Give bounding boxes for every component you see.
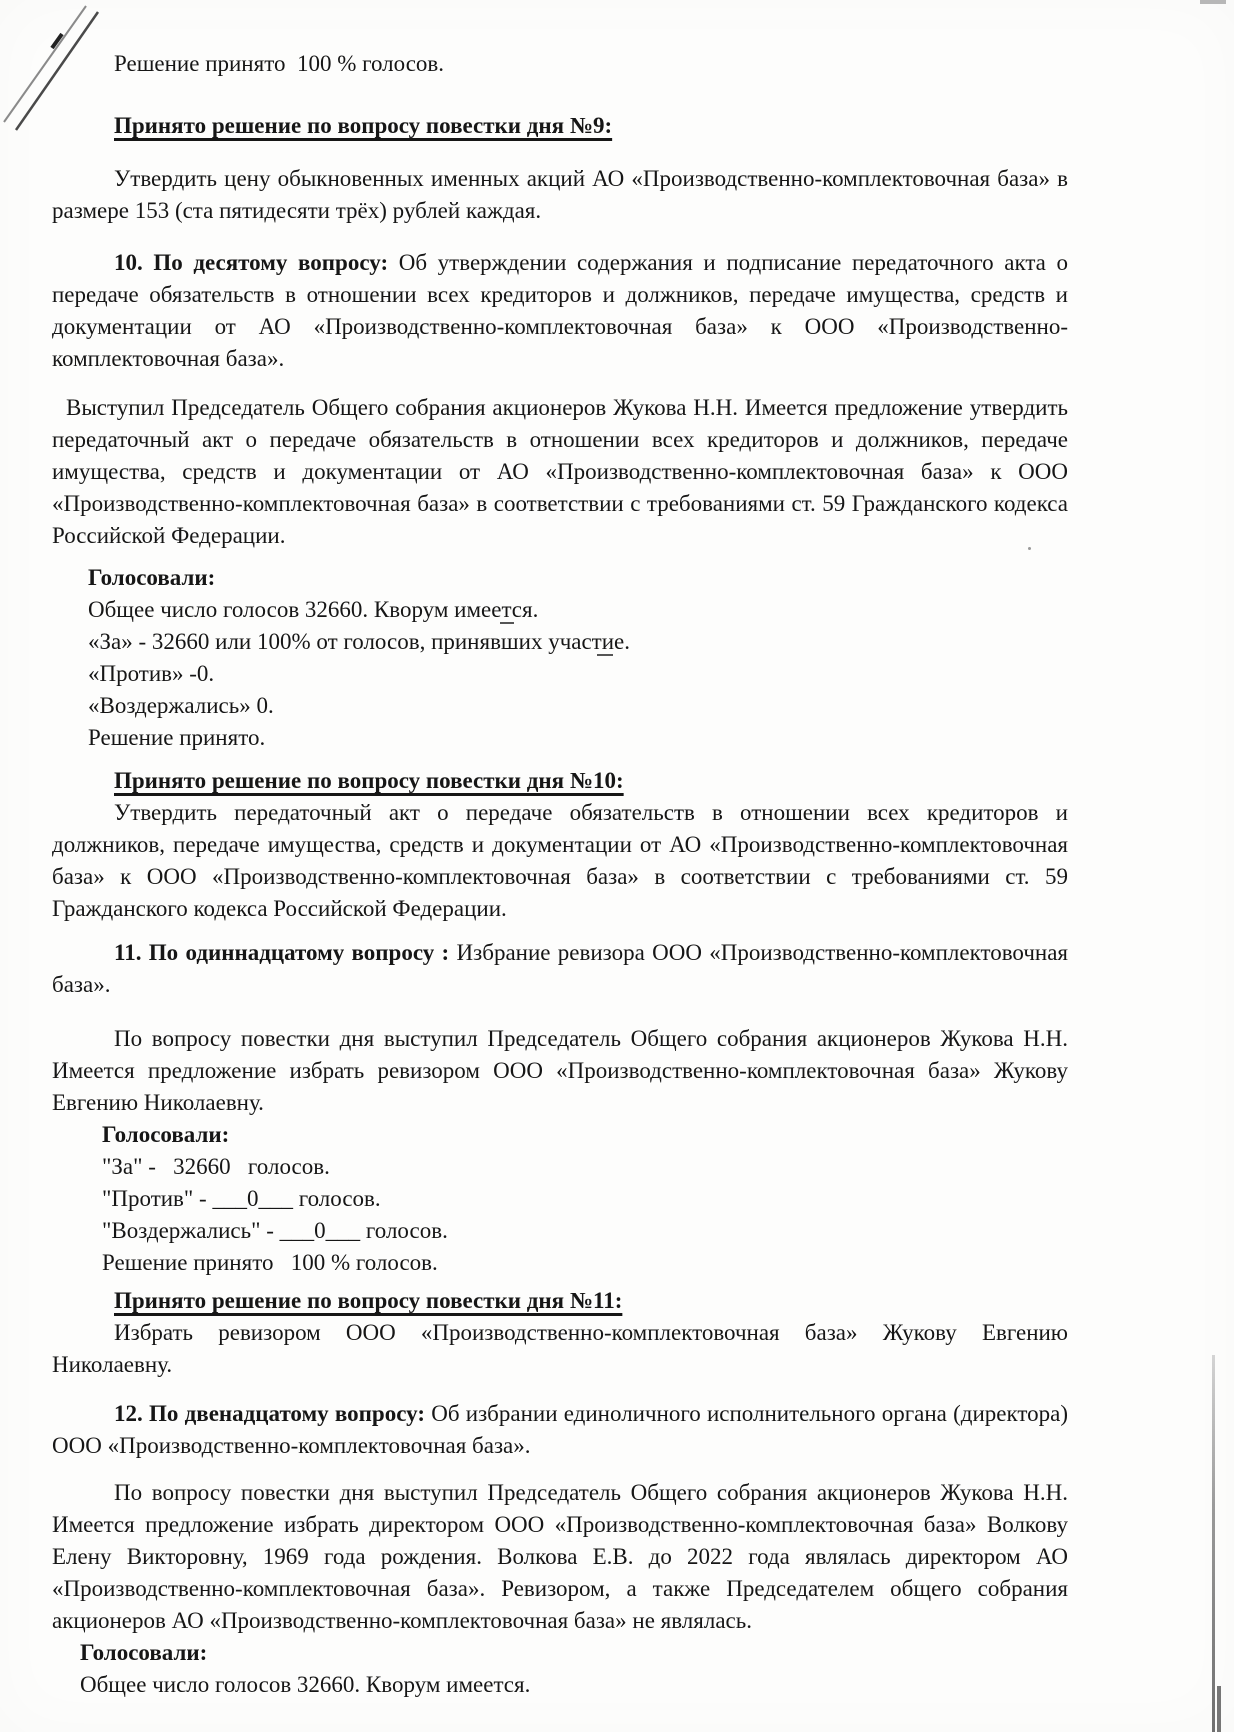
speech-12-paragraph: По вопросу повестки дня выступил Председ… — [52, 1477, 1068, 1637]
scan-top-right-mark — [1200, 0, 1226, 4]
voting-block-12: Голосовали: Общее число голосов 32660. К… — [52, 1637, 1068, 1701]
voting-12-label: Голосовали: — [80, 1637, 1068, 1669]
voting-10-label: Голосовали: — [88, 562, 1068, 594]
voting-11-label: Голосовали: — [102, 1119, 1068, 1151]
decision-10-body: Утвердить передаточный акт о передаче об… — [52, 797, 1068, 925]
speech-11-paragraph: По вопросу повестки дня выступил Председ… — [52, 1023, 1068, 1119]
voting-block-11: Голосовали: "За" - 32660 голосов. "Проти… — [52, 1119, 1068, 1279]
scanned-document-page: Решение принято 100 % голосов. Принято р… — [0, 0, 1234, 1732]
question-10-lead: 10. По десятому вопросу: — [114, 250, 388, 275]
decision-9-heading-text: Принято решение по вопросу повестки дня … — [114, 113, 612, 138]
question-12-paragraph: 12. По двенадцатому вопросу: Об избрании… — [52, 1398, 1068, 1462]
decision-10-heading-text: Принято решение по вопросу повестки дня … — [114, 768, 624, 793]
voting-10-total: Общее число голосов 32660. Кворум имеетс… — [88, 594, 1068, 626]
voting-10-abstained: «Воздержались» 0. — [88, 690, 1068, 722]
decision-11-heading: Принято решение по вопросу повестки дня … — [52, 1285, 1068, 1317]
question-11-paragraph: 11. По одиннадцатому вопросу : Избрание … — [52, 937, 1068, 1001]
decision-9-body: Утвердить цену обыкновенных именных акци… — [52, 163, 1068, 227]
voting-10-against: «Против» -0. — [88, 658, 1068, 690]
voting-10-result: Решение принято. — [88, 722, 1068, 754]
speech-10-paragraph: Выступил Председатель Общего собрания ак… — [52, 392, 1068, 552]
voting-11-result: Решение принято 100 % голосов. — [102, 1247, 1068, 1279]
voting-12-total: Общее число голосов 32660. Кворум имеетс… — [80, 1669, 1068, 1701]
decision-10-heading: Принято решение по вопросу повестки дня … — [52, 765, 1068, 797]
decision-11-body: Избрать ревизором ООО «Производственно-к… — [52, 1317, 1068, 1381]
resolution-adopted-line: Решение принято 100 % голосов. — [52, 48, 1068, 80]
voting-11-for: "За" - 32660 голосов. — [102, 1151, 1068, 1183]
question-12-lead: 12. По двенадцатому вопросу: — [114, 1401, 425, 1426]
scan-right-edge-line-dark — [1217, 1686, 1221, 1732]
document-content: Решение принято 100 % голосов. Принято р… — [52, 48, 1068, 1701]
scan-right-edge-line — [1212, 1355, 1215, 1732]
decision-9-heading: Принято решение по вопросу повестки дня … — [52, 110, 1068, 142]
voting-block-10: Голосовали: Общее число голосов 32660. К… — [52, 562, 1068, 754]
voting-10-for: «За» - 32660 или 100% от голосов, приняв… — [88, 626, 1068, 658]
voting-11-abstained: "Воздержались" - ___0___ голосов. — [102, 1215, 1068, 1247]
decision-11-heading-text: Принято решение по вопросу повестки дня … — [114, 1288, 622, 1313]
question-10-paragraph: 10. По десятому вопросу: Об утверждении … — [52, 247, 1068, 375]
voting-11-against: "Против" - ___0___ голосов. — [102, 1183, 1068, 1215]
question-11-lead: 11. По одиннадцатому вопросу : — [114, 940, 449, 965]
